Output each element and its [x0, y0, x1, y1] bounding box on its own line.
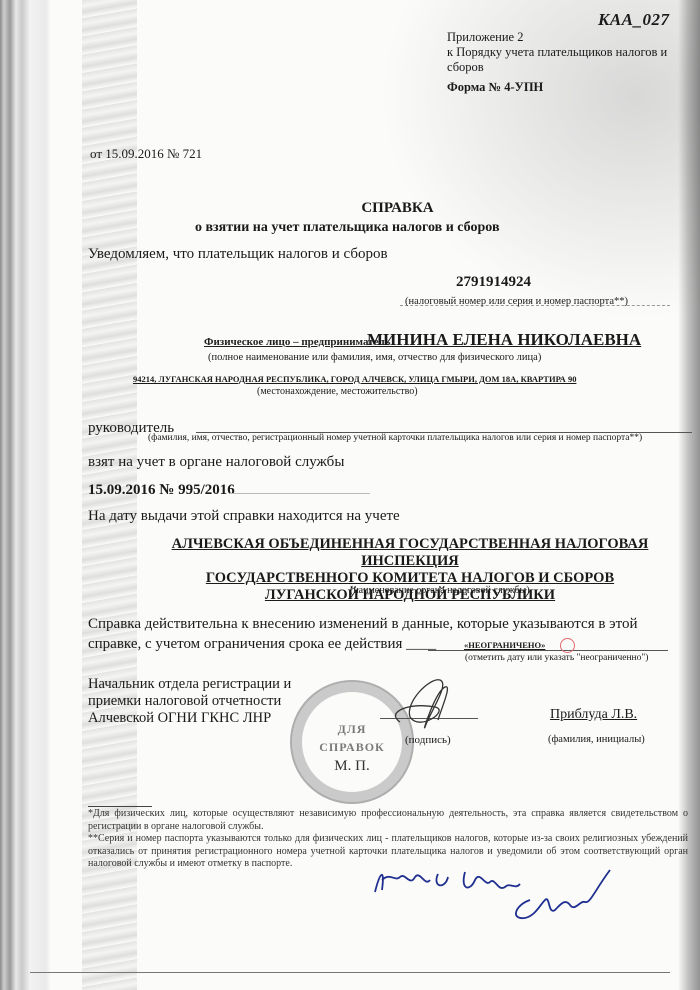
- registration-line: [230, 493, 370, 494]
- signatory-position: Начальник отдела регистрации и приемки н…: [88, 676, 291, 727]
- entity-type-label: Физическое лицо – предприниматель: [204, 336, 390, 348]
- tax-authority-line-1: АЛЧЕВСКАЯ ОБЪЕДИНЕННАЯ ГОСУДАРСТВЕННАЯ Н…: [130, 536, 690, 570]
- validity-value: «НЕОГРАНИЧЕНО»: [464, 640, 545, 650]
- tax-authority-caption: (наименование органа налоговой службы): [350, 585, 530, 596]
- issue-date-number: от 15.09.2016 № 721: [90, 146, 202, 162]
- tax-number: 2791914924: [456, 274, 531, 291]
- document-title: СПРАВКА: [0, 200, 700, 217]
- signature-scribble-icon: [380, 672, 470, 742]
- address-value: 94214, ЛУГАНСКАЯ НАРОДНАЯ РЕСПУБЛИКА, ГО…: [133, 374, 576, 384]
- annex-line-2: к Порядку учета плательщиков налогов и: [447, 45, 667, 60]
- footnote-rule: [88, 806, 152, 807]
- on-date-text: На дату выдачи этой справки находится на…: [88, 508, 400, 525]
- entity-caption: (полное наименование или фамилия, имя, о…: [208, 352, 541, 363]
- red-pen-mark: [560, 638, 575, 653]
- address-caption: (местонахождение, местожительство): [257, 386, 418, 397]
- signatory-name-caption: (фамилия, инициалы): [548, 734, 645, 745]
- archive-code: KAA_027: [598, 10, 670, 30]
- intro-text: Уведомляем, что плательщик налогов и сбо…: [88, 246, 388, 263]
- validity-line-1: Справка действительна к внесению изменен…: [88, 616, 638, 633]
- handwritten-signature-icon: [500, 860, 620, 930]
- entity-name: МИНИНА ЕЛЕНА НИКОЛАЕВНА: [367, 330, 641, 350]
- validity-field-line: [428, 650, 668, 651]
- form-number: Форма № 4-УПН: [447, 80, 543, 95]
- footnote-1: *Для физических лиц, которые осуществляю…: [88, 808, 688, 833]
- validity-caption: (отметить дату или указать "неограниченн…: [465, 653, 648, 663]
- director-caption: (фамилия, имя, отчество, регистрационный…: [148, 433, 642, 443]
- registration-date-number: 15.09.2016 № 995/2016: [88, 482, 235, 499]
- annex-line-3: сборов: [447, 60, 667, 75]
- signature-caption: (подпись): [405, 734, 451, 746]
- scan-bottom-edge: [30, 972, 670, 973]
- scan-edge-shadow: [0, 0, 50, 990]
- tax-number-caption: (налоговый номер или серия и номер паспо…: [405, 296, 628, 307]
- validity-line-2: справке, с учетом ограничения срока ее д…: [88, 636, 436, 653]
- document-subtitle: о взятии на учет плательщика налогов и с…: [195, 220, 500, 236]
- seal-label: М. П.: [292, 758, 412, 775]
- signatory-position-line-1: Начальник отдела регистрации и: [88, 676, 291, 693]
- signatory-name: Приблуда Л.В.: [550, 707, 637, 723]
- annex-reference: Приложение 2 к Порядку учета плательщико…: [447, 30, 667, 75]
- registered-text: взят на учет в органе налоговой службы: [88, 454, 344, 471]
- stamp-line-2: СПРАВОК: [292, 740, 412, 755]
- annex-line-1: Приложение 2: [447, 30, 667, 45]
- signatory-position-line-2: приемки налоговой отчетности: [88, 693, 291, 710]
- signatory-position-line-3: Алчевской ОГНИ ГКНС ЛНР: [88, 710, 291, 727]
